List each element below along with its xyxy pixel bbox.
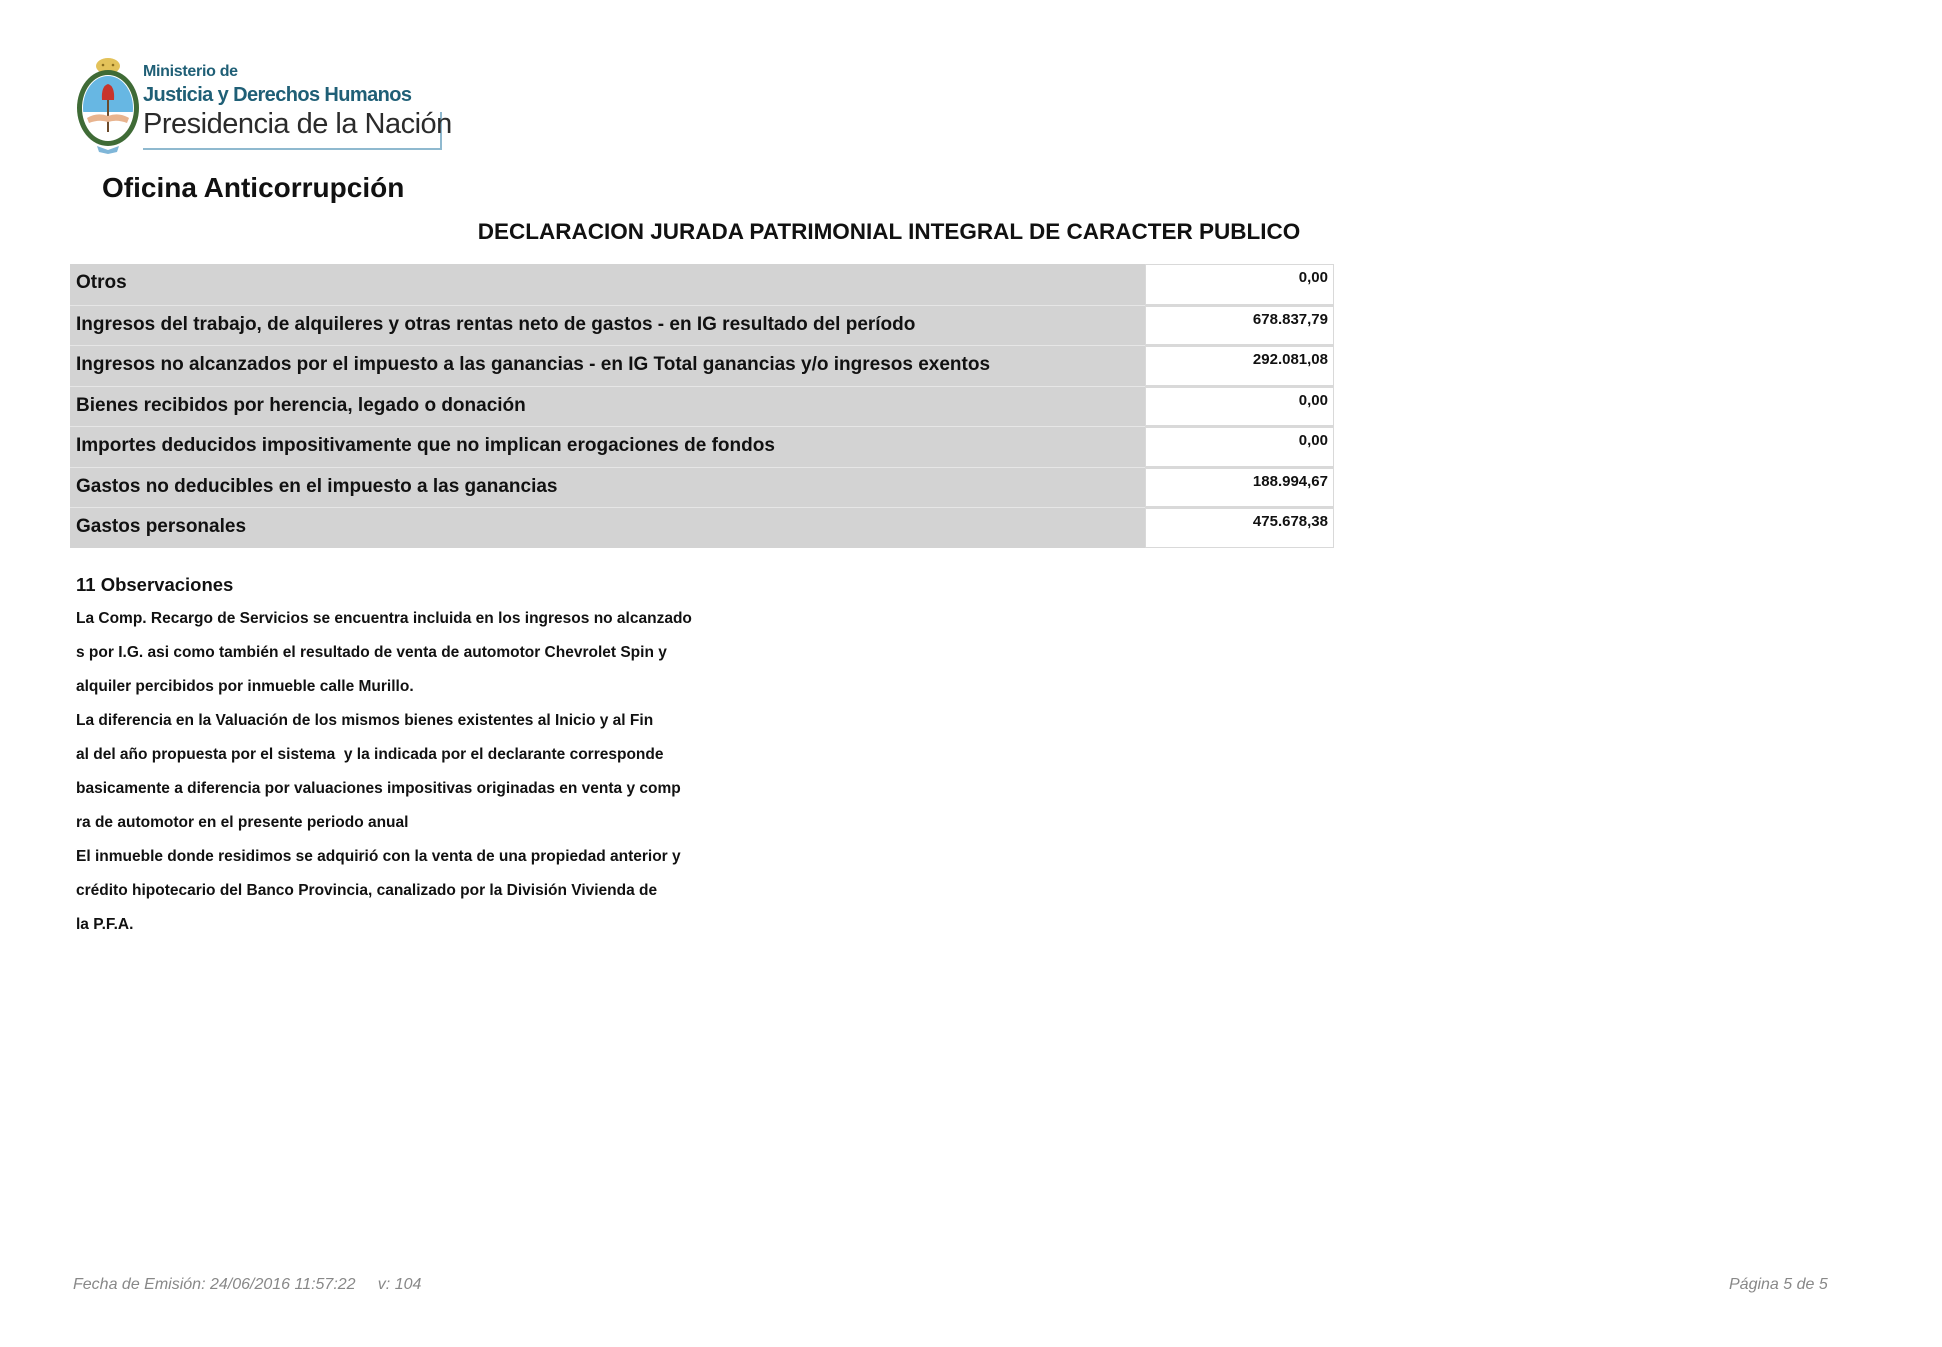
row-value: 678.837,79 xyxy=(1145,305,1334,346)
observation-line: la P.F.A. xyxy=(76,915,692,949)
table-row: Ingresos del trabajo, de alquileres y ot… xyxy=(70,305,1334,346)
observation-line: La diferencia en la Valuación de los mis… xyxy=(76,711,692,745)
logo-presidencia: Presidencia de la Nación xyxy=(143,108,452,141)
observation-line: s por I.G. asi como también el resultado… xyxy=(76,643,692,677)
observation-line: basicamente a diferencia por valuaciones… xyxy=(76,779,692,813)
row-label: Otros xyxy=(70,264,1145,305)
observation-line: al del año propuesta por el sistema y la… xyxy=(76,745,692,779)
document-title: DECLARACION JURADA PATRIMONIAL INTEGRAL … xyxy=(448,219,1330,245)
logo-text: Ministerio de Justicia y Derechos Humano… xyxy=(143,54,443,154)
row-value: 0,00 xyxy=(1145,386,1334,427)
observations-title: 11 Observaciones xyxy=(76,574,233,596)
table-row: Bienes recibidos por herencia, legado o … xyxy=(70,386,1334,427)
row-value: 0,00 xyxy=(1145,426,1334,467)
row-label: Ingresos no alcanzados por el impuesto a… xyxy=(70,345,1145,386)
row-value: 475.678,38 xyxy=(1145,507,1334,548)
row-label: Importes deducidos impositivamente que n… xyxy=(70,426,1145,467)
row-value: 292.081,08 xyxy=(1145,345,1334,386)
table-row: Otros0,00 xyxy=(70,264,1334,305)
income-table: Otros0,00Ingresos del trabajo, de alquil… xyxy=(70,264,1334,548)
logo-ministerio: Ministerio de xyxy=(143,63,238,81)
observation-line: ra de automotor en el presente periodo a… xyxy=(76,813,692,847)
office-name: Oficina Anticorrupción xyxy=(102,172,404,204)
page-number: Página 5 de 5 xyxy=(1729,1276,1828,1294)
row-label: Bienes recibidos por herencia, legado o … xyxy=(70,386,1145,427)
row-value: 188.994,67 xyxy=(1145,467,1334,508)
observation-line: La Comp. Recargo de Servicios se encuent… xyxy=(76,609,692,643)
table-row: Ingresos no alcanzados por el impuesto a… xyxy=(70,345,1334,386)
observations-text: La Comp. Recargo de Servicios se encuent… xyxy=(76,609,692,949)
ministry-logo: Ministerio de Justicia y Derechos Humano… xyxy=(72,54,452,158)
table-row: Importes deducidos impositivamente que n… xyxy=(70,426,1334,467)
row-value: 0,00 xyxy=(1145,264,1334,305)
row-label: Gastos personales xyxy=(70,507,1145,548)
argentina-coat-of-arms-icon xyxy=(75,56,141,156)
observation-line: alquiler percibidos por inmueble calle M… xyxy=(76,677,692,711)
table-row: Gastos no deducibles en el impuesto a la… xyxy=(70,467,1334,508)
table-row: Gastos personales475.678,38 xyxy=(70,507,1334,548)
observation-line: El inmueble donde residimos se adquirió … xyxy=(76,847,692,881)
observation-line: crédito hipotecario del Banco Provincia,… xyxy=(76,881,692,915)
emission-date: Fecha de Emisión: 24/06/2016 11:57:22 v:… xyxy=(73,1276,421,1294)
logo-ministry-name: Justicia y Derechos Humanos xyxy=(143,84,411,107)
row-label: Ingresos del trabajo, de alquileres y ot… xyxy=(70,305,1145,346)
row-label: Gastos no deducibles en el impuesto a la… xyxy=(70,467,1145,508)
